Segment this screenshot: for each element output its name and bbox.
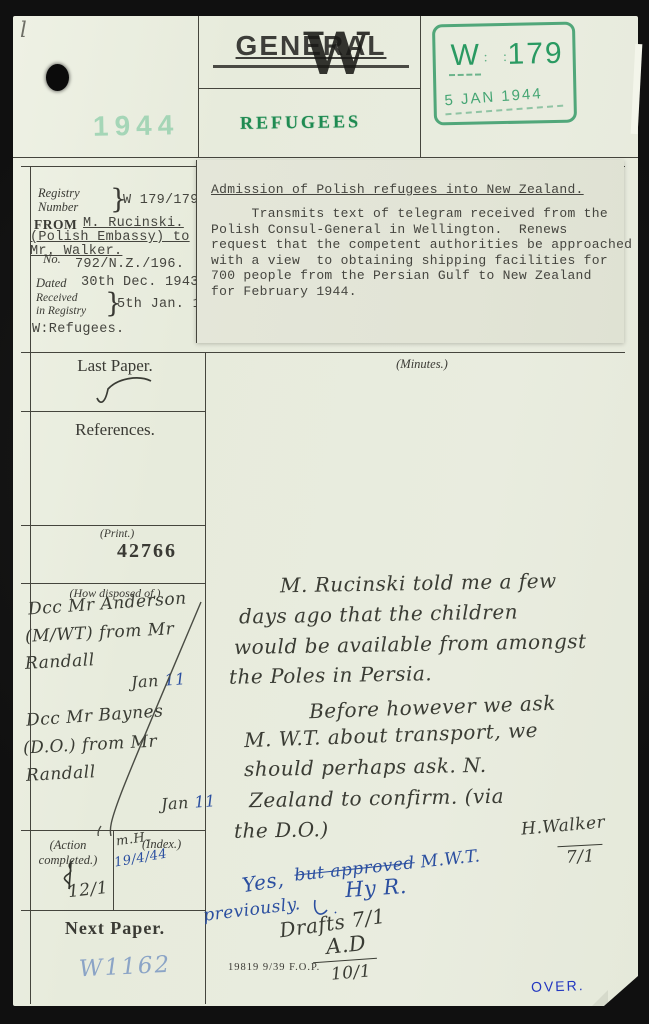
section-rule-2 xyxy=(21,525,205,526)
over-note: OVER. xyxy=(531,977,585,995)
header-center-rule xyxy=(198,88,420,89)
minute-line: Zealand to confirm. (via xyxy=(249,784,504,812)
form-left-border xyxy=(30,166,31,1004)
scan-background: l GENERAL W REFUGEES 1944 W : : 179 5 JA… xyxy=(0,0,649,1024)
action-index-divider xyxy=(113,830,114,910)
minutes-top-rule xyxy=(21,352,625,353)
section-rule-1 xyxy=(21,411,205,412)
from-line1: M. Rucinski. xyxy=(83,216,184,231)
print-number: 42766 xyxy=(117,540,177,563)
page-corner-fold xyxy=(604,976,638,1006)
last-paper-tick xyxy=(91,374,157,408)
refugees-stamp: REFUGEES xyxy=(218,111,383,134)
file-reference-pencil: W1162 xyxy=(78,952,171,983)
received-label: Received in Registry xyxy=(36,292,86,318)
last-paper-label: Last Paper. xyxy=(40,356,190,376)
registry-number-label: Registry Number xyxy=(38,186,80,214)
punch-hole xyxy=(46,64,69,91)
blue-initials-signature: Hy R. xyxy=(344,874,407,902)
minute-line: should perhaps ask. N. xyxy=(244,753,487,781)
subject-slip: Admission of Polish refugees into New Ze… xyxy=(196,160,624,343)
dated-value: 30th Dec. 1943. xyxy=(81,275,207,290)
file-number-stamp: W : : 179 5 JAN 1944 xyxy=(432,22,577,126)
disposed-diagonal-stroke xyxy=(23,586,205,836)
section-rule-3 xyxy=(21,583,205,584)
category-reference: W:Refugees. xyxy=(32,322,124,337)
file-stamp-number: 179 xyxy=(507,37,564,72)
header-bottom-rule xyxy=(13,157,638,158)
print-label: (Print.) xyxy=(100,528,134,540)
file-stamp-date: 5 JAN 1944 xyxy=(444,84,563,116)
action-date: 12/1 xyxy=(67,878,109,902)
blue-yes: Yes, xyxy=(240,867,285,897)
w-overlay-stamp: W xyxy=(304,20,369,88)
minutes-label: (Minutes.) xyxy=(362,357,482,372)
subject-body: Transmits text of telegram received from… xyxy=(211,206,632,299)
subject-heading: Admission of Polish refugees into New Ze… xyxy=(211,182,584,197)
year-1944-stamp: 1944 xyxy=(93,109,180,143)
minute-line: M. W.T. about transport, we xyxy=(244,718,539,752)
pencil-corner-mark: l xyxy=(20,18,27,42)
header-divider-left xyxy=(198,16,199,157)
section-rule-5 xyxy=(21,910,205,911)
minute-line: days ago that the children xyxy=(239,600,518,629)
stacked-sheet-edge xyxy=(631,44,643,134)
header-divider-right xyxy=(420,16,421,157)
next-paper-label: Next Paper. xyxy=(40,918,190,939)
docket-sheet: l GENERAL W REFUGEES 1944 W : : 179 5 JA… xyxy=(13,16,638,1006)
minute-line: would be available from amongst xyxy=(234,629,587,659)
from-line2: (Polish Embassy) to xyxy=(30,230,190,245)
minute-line: the D.O.) xyxy=(234,817,329,843)
no-label: No. xyxy=(43,252,61,267)
no-value: 792/N.Z./196. xyxy=(75,257,184,272)
walker-signature-date: 7/1 xyxy=(557,844,603,868)
blue-mwt: M.W.T. xyxy=(420,846,482,872)
form-imprint: 19819 9/39 F.O.P. xyxy=(228,962,320,973)
minute-line: the Poles in Persia. xyxy=(229,661,433,689)
minute-line: M. Rucinski told me a few xyxy=(280,569,557,598)
approver-initials: A.D xyxy=(325,931,367,959)
index-date: 19/4/44 xyxy=(113,846,168,870)
file-stamp-letter: W xyxy=(448,38,481,76)
walker-signature: H.Walker xyxy=(520,812,606,839)
references-label: References. xyxy=(40,420,190,440)
approver-date: 10/1 xyxy=(330,961,372,984)
dated-label: Dated xyxy=(36,276,67,291)
